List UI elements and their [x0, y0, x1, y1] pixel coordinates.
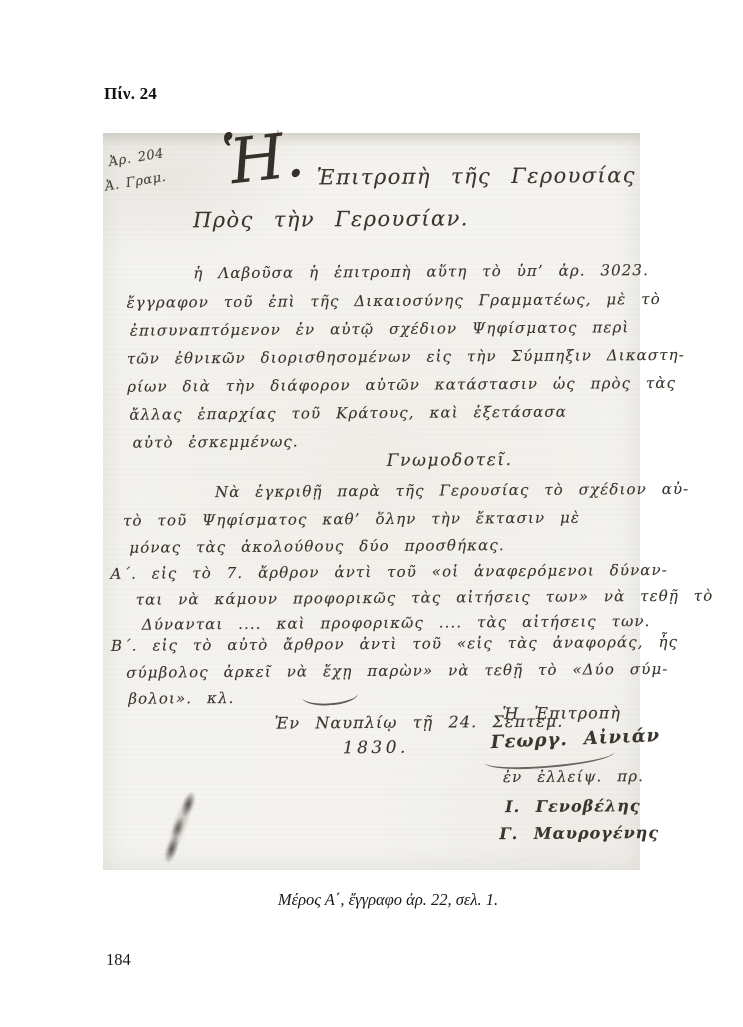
item-b-line: βολοι». κλ.: [128, 689, 234, 708]
item-b-line: Β΄. εἰς τὸ αὐτὸ ἄρθρον ἀντὶ τοῦ «εἰς τὰς…: [111, 633, 678, 655]
manuscript-scan: Ἀρ. 204 Ἀ. Γραμ. Ἡ. Ἐπιτροπὴ τῆς Γερουσί…: [103, 133, 640, 870]
plate-caption: Μέρος Α΄, ἔγγραφο ἀρ. 22, σελ. 1.: [118, 890, 658, 910]
body-line: Νὰ ἐγκριθῇ παρὰ τῆς Γερουσίας τὸ σχέδιον…: [215, 480, 690, 501]
body-line: ἐπισυναπτόμενον ἐν αὐτῷ σχέδιον Ψηφίσματ…: [130, 318, 630, 339]
signature-name: Γ. Μαυρογένης: [499, 823, 659, 843]
item-a-line: Δύνανται .... καὶ προφορικῶς .... τὰς αἰ…: [142, 612, 651, 634]
body-line: τῶν ἐθνικῶν διορισθησομένων εἰς τὴν Σύμπ…: [127, 346, 685, 368]
subheading-gnomodotei: Γνωμοδοτεῖ.: [387, 450, 513, 471]
item-a-line: Α΄. εἰς τὸ 7. ἄρθρον ἀντὶ τοῦ «οἱ ἀναφερ…: [110, 561, 668, 583]
margin-note-registry: Ἀ. Γραμ.: [104, 170, 167, 195]
body-line: τὸ τοῦ Ψηφίσματος καθ’ ὅλην τὴν ἔκτασιν …: [123, 509, 580, 530]
page-number: 184: [106, 950, 131, 970]
body-line: ρίων διὰ τὴν διάφορον αὐτῶν κατάστασιν ὡ…: [127, 374, 676, 396]
body-line: ἄλλας ἐπαρχίας τοῦ Κράτους, καὶ ἐξετάσασ…: [129, 403, 567, 424]
body-line: αὐτὸ ἐσκεμμένως.: [133, 433, 299, 452]
item-a-line: ται νὰ κάμουν προφορικῶς τὰς αἰτήσεις τω…: [136, 587, 714, 609]
body-line: μόνας τὰς ἀκολούθους δύο προσθήκας.: [129, 536, 504, 557]
manuscript-text-layer: Ἀρ. 204 Ἀ. Γραμ. Ἡ. Ἐπιτροπὴ τῆς Γερουσί…: [100, 131, 642, 872]
plate-label: Πίν. 24: [104, 84, 157, 104]
body-line: ἡ Λαβοῦσα ἡ ἐπιτροπὴ αὕτη τὸ ὑπ’ ἀρ. 302…: [193, 261, 649, 282]
pen-flourish: [302, 689, 359, 707]
heading-line-2: Πρὸς τὴν Γερουσίαν.: [193, 206, 469, 232]
margin-note-number: Ἀρ. 204: [108, 146, 165, 170]
signature-name: Ι. Γενοβέλης: [505, 796, 641, 816]
body-line: ἔγγραφον τοῦ ἐπὶ τῆς Δικαιοσύνης Γραμματ…: [127, 290, 661, 312]
signature-name: ἐν ἐλλείψ. πρ.: [503, 767, 644, 786]
item-b-line: σύμβολος ἀρκεῖ νὰ ἔχῃ παρὼν» νὰ τεθῇ τὸ …: [126, 660, 668, 682]
signature-block-title: Ἡ Ἐπιτροπὴ: [502, 703, 621, 723]
book-page: Πίν. 24 Ἀρ. 204 Ἀ. Γραμ. Ἡ. Ἐπιτροπὴ τῆς…: [0, 0, 743, 1027]
heading-initial: Ἡ.: [219, 123, 307, 194]
heading-line-1: Ἐπιτροπὴ τῆς Γερουσίας: [317, 163, 636, 189]
dateline-year: 1830.: [343, 738, 409, 758]
